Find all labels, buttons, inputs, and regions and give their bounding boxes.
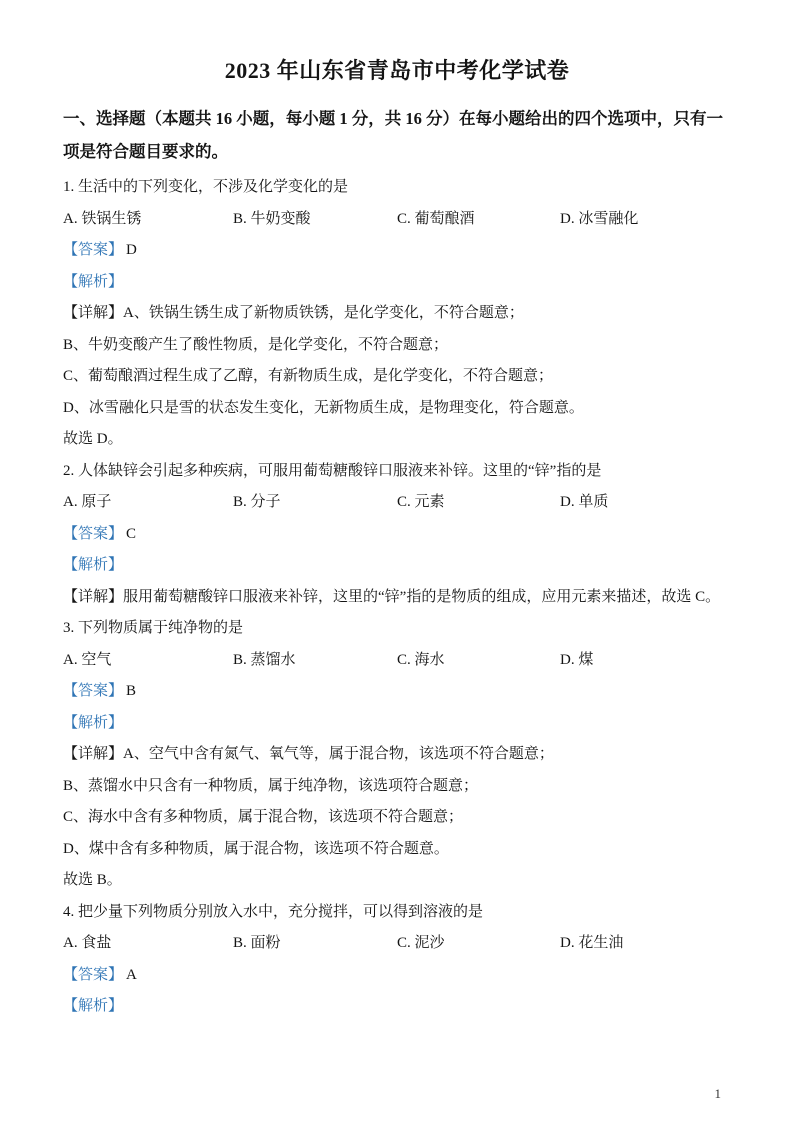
question-stem: 4. 把少量下列物质分别放入水中，充分搅拌，可以得到溶液的是: [63, 897, 731, 929]
question-block-1: 1. 生活中的下列变化，不涉及化学变化的是 A. 铁锅生锈 B. 牛奶变酸 C.…: [63, 172, 731, 456]
answer-value: D: [126, 242, 137, 258]
option-a: A. 空气: [63, 645, 233, 677]
analysis-label: 【解析】: [63, 998, 123, 1014]
option-c: C. 泥沙: [397, 928, 560, 960]
option-d: D. 煤: [560, 645, 731, 677]
analysis-label: 【解析】: [63, 715, 123, 731]
answer-label: 【答案】: [63, 526, 123, 542]
answer-value: B: [126, 683, 136, 699]
option-b: B. 面粉: [233, 928, 397, 960]
detail-line: D、冰雪融化只是雪的状态发生变化，无新物质生成，是物理变化，符合题意。: [63, 393, 731, 425]
analysis-label: 【解析】: [63, 557, 123, 573]
option-c: C. 海水: [397, 645, 560, 677]
option-b: B. 分子: [233, 487, 397, 519]
option-b: B. 蒸馏水: [233, 645, 397, 677]
answer-line: 【答案】D: [63, 235, 731, 267]
detail-line: 【详解】A、空气中含有氮气、氧气等，属于混合物，该选项不符合题意；: [63, 739, 731, 771]
exam-page: 2023 年山东省青岛市中考化学试卷 一、选择题（本题共 16 小题，每小题 1…: [0, 0, 793, 1122]
detail-line: D、煤中含有多种物质，属于混合物，该选项不符合题意。: [63, 834, 731, 866]
option-c: C. 葡萄酿酒: [397, 204, 560, 236]
options-row: A. 食盐 B. 面粉 C. 泥沙 D. 花生油: [63, 928, 731, 960]
answer-label: 【答案】: [63, 242, 123, 258]
detail-line: 故选 D。: [63, 424, 731, 456]
doc-title: 2023 年山东省青岛市中考化学试卷: [63, 56, 731, 86]
analysis-line: 【解析】: [63, 267, 731, 299]
options-row: A. 铁锅生锈 B. 牛奶变酸 C. 葡萄酿酒 D. 冰雪融化: [63, 204, 731, 236]
option-c: C. 元素: [397, 487, 560, 519]
question-stem: 1. 生活中的下列变化，不涉及化学变化的是: [63, 172, 731, 204]
answer-line: 【答案】B: [63, 676, 731, 708]
answer-line: 【答案】C: [63, 519, 731, 551]
question-stem: 3. 下列物质属于纯净物的是: [63, 613, 731, 645]
section-heading: 一、选择题（本题共 16 小题，每小题 1 分，共 16 分）在每小题给出的四个…: [63, 102, 731, 168]
question-stem: 2. 人体缺锌会引起多种疾病，可服用葡萄糖酸锌口服液来补锌。这里的“锌”指的是: [63, 456, 731, 488]
detail-line: B、牛奶变酸产生了酸性物质，是化学变化，不符合题意；: [63, 330, 731, 362]
analysis-label: 【解析】: [63, 274, 123, 290]
detail-line: 【详解】A、铁锅生锈生成了新物质铁锈，是化学变化，不符合题意；: [63, 298, 731, 330]
detail-line: C、海水中含有多种物质，属于混合物，该选项不符合题意；: [63, 802, 731, 834]
option-a: A. 铁锅生锈: [63, 204, 233, 236]
answer-value: A: [126, 967, 137, 983]
option-d: D. 花生油: [560, 928, 731, 960]
detail-line: B、蒸馏水中只含有一种物质，属于纯净物，该选项符合题意；: [63, 771, 731, 803]
detail-line: 故选 B。: [63, 865, 731, 897]
answer-label: 【答案】: [63, 967, 123, 983]
options-row: A. 空气 B. 蒸馏水 C. 海水 D. 煤: [63, 645, 731, 677]
answer-value: C: [126, 526, 136, 542]
options-row: A. 原子 B. 分子 C. 元素 D. 单质: [63, 487, 731, 519]
option-d: D. 单质: [560, 487, 731, 519]
answer-line: 【答案】A: [63, 960, 731, 992]
option-d: D. 冰雪融化: [560, 204, 731, 236]
option-b: B. 牛奶变酸: [233, 204, 397, 236]
analysis-line: 【解析】: [63, 991, 731, 1023]
answer-label: 【答案】: [63, 683, 123, 699]
question-block-3: 3. 下列物质属于纯净物的是 A. 空气 B. 蒸馏水 C. 海水 D. 煤 【…: [63, 613, 731, 897]
option-a: A. 原子: [63, 487, 233, 519]
option-a: A. 食盐: [63, 928, 233, 960]
question-block-4: 4. 把少量下列物质分别放入水中，充分搅拌，可以得到溶液的是 A. 食盐 B. …: [63, 897, 731, 1023]
detail-line: C、葡萄酿酒过程生成了乙醇，有新物质生成，是化学变化，不符合题意；: [63, 361, 731, 393]
analysis-line: 【解析】: [63, 708, 731, 740]
question-block-2: 2. 人体缺锌会引起多种疾病，可服用葡萄糖酸锌口服液来补锌。这里的“锌”指的是 …: [63, 456, 731, 614]
analysis-line: 【解析】: [63, 550, 731, 582]
page-number: 1: [715, 1086, 722, 1102]
detail-line: 【详解】服用葡萄糖酸锌口服液来补锌，这里的“锌”指的是物质的组成，应用元素来描述…: [63, 582, 731, 614]
